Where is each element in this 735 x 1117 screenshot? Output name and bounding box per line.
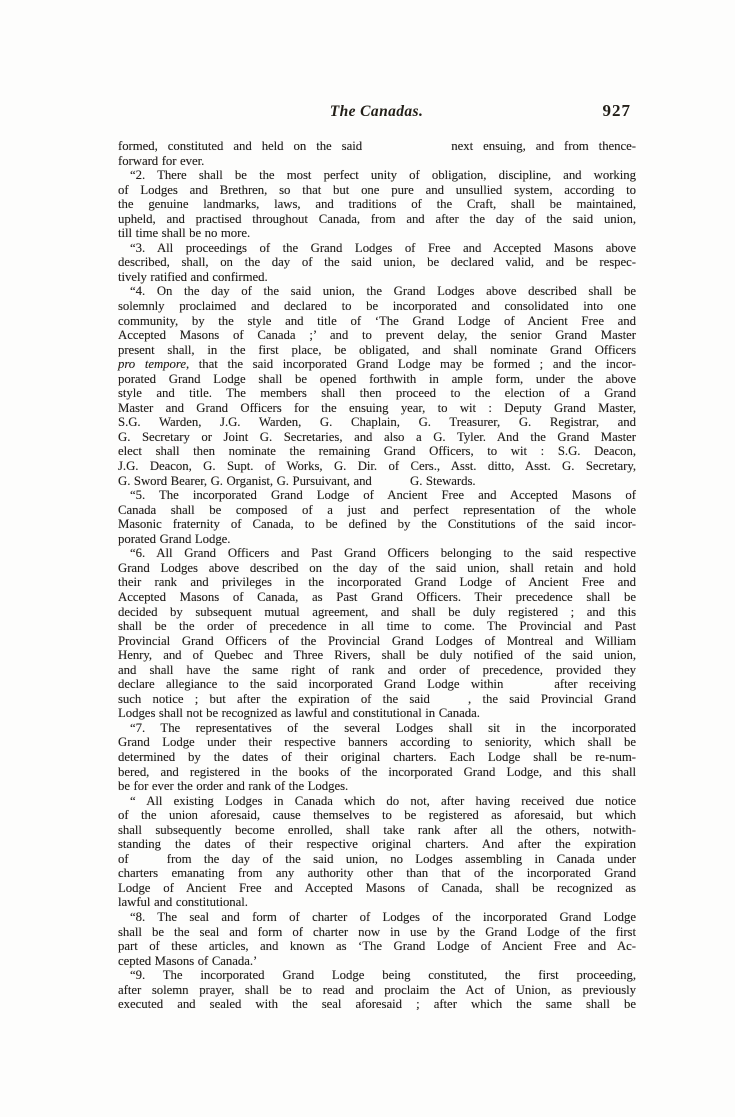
text-line: elect shall then nominate the remaining …: [118, 444, 636, 459]
paragraph-article-6: “6. All Grand Officers and Past Grand Of…: [118, 546, 636, 721]
text-line: of from the day of the said union, no Lo…: [118, 852, 636, 867]
paragraph-article-9: “9. The incorporated Grand Lodge being c…: [118, 968, 636, 1012]
text-line: community, by the style and title of ‘Th…: [118, 314, 636, 329]
text-line: their rank and privileges in the incorpo…: [118, 575, 636, 590]
text-line: Masonic fraternity of Canada, to be defi…: [118, 517, 636, 532]
paragraph-article-3: “3. All proceedings of the Grand Lodges …: [118, 241, 636, 285]
text-line: such notice ; but after the expiration o…: [118, 692, 636, 707]
text-line: Grand Lodge under their respective banne…: [118, 735, 636, 750]
paragraph-article-2: “2. There shall be the most perfect unit…: [118, 168, 636, 241]
text-line: standing the dates of their respective o…: [118, 837, 636, 852]
text-line: “8. The seal and form of charter of Lodg…: [118, 910, 636, 925]
text-line: Master and Grand Officers for the ensuin…: [118, 401, 636, 416]
text-line: lawful and constitutional.: [118, 895, 636, 910]
text-line: “6. All Grand Officers and Past Grand Of…: [118, 546, 636, 561]
text-line: declare allegiance to the said incorpora…: [118, 677, 636, 692]
body-text: formed, constituted and held on the said…: [118, 139, 636, 1012]
text-line: G. Secretary or Joint G. Secretaries, an…: [118, 430, 636, 445]
text-line: Lodges shall not be recognized as lawful…: [118, 706, 636, 721]
text-line: solemnly proclaimed and declared to be i…: [118, 299, 636, 314]
text-line: of the union aforesaid, cause themselves…: [118, 808, 636, 823]
text-line: style and title. The members shall then …: [118, 386, 636, 401]
text-line: G. Sword Bearer, G. Organist, G. Pursuiv…: [118, 474, 636, 489]
text-line: Canada shall be composed of a just and p…: [118, 503, 636, 518]
text-line: determined by the dates of their origina…: [118, 750, 636, 765]
text-line: shall subsequently become enrolled, shal…: [118, 823, 636, 838]
paragraph-article-8: “8. The seal and form of charter of Lodg…: [118, 910, 636, 968]
running-header: The Canadas. 927: [118, 101, 635, 123]
page-number: 927: [603, 101, 632, 121]
text-line: upheld, and practised throughout Canada,…: [118, 212, 636, 227]
paragraph-article-7: “7. The representatives of the several L…: [118, 721, 636, 794]
text-line: shall be the order of precedence in all …: [118, 619, 636, 634]
latin-phrase: pro tempore,: [118, 357, 189, 371]
text-line: “3. All proceedings of the Grand Lodges …: [118, 241, 636, 256]
text-line: formed, constituted and held on the said…: [118, 139, 636, 154]
text-line: and shall have the same right of rank an…: [118, 663, 636, 678]
scanned-book-page: The Canadas. 927 formed, constituted and…: [0, 0, 735, 1117]
text-line: J.G. Deacon, G. Supt. of Works, G. Dir. …: [118, 459, 636, 474]
text-line: part of these articles, and known as ‘Th…: [118, 939, 636, 954]
text-line: after solemn prayer, shall be to read an…: [118, 983, 636, 998]
text-line: the genuine landmarks, laws, and traditi…: [118, 197, 636, 212]
text-line: forward for ever.: [118, 154, 636, 169]
text-line: Grand Lodges above described on the day …: [118, 561, 636, 576]
text-line-rest: that the said incorporated Grand Lodge m…: [189, 357, 636, 371]
paragraph-unregistered-lodges: “ All existing Lodges in Canada which do…: [118, 794, 636, 910]
text-line: porated Grand Lodge.: [118, 532, 636, 547]
text-line: “4. On the day of the said union, the Gr…: [118, 284, 636, 299]
text-line: bered, and registered in the books of th…: [118, 765, 636, 780]
text-line: till time shall be no more.: [118, 226, 636, 241]
text-line: Accepted Masons of Canada, as Past Grand…: [118, 590, 636, 605]
text-line: of Lodges and Brethren, so that but one …: [118, 183, 636, 198]
text-line: cepted Masons of Canada.’: [118, 954, 636, 969]
text-line: described, shall, on the day of the said…: [118, 255, 636, 270]
text-line: S.G. Warden, J.G. Warden, G. Chaplain, G…: [118, 415, 636, 430]
text-line: Provincial Grand Officers of the Provinc…: [118, 634, 636, 649]
text-line: “9. The incorporated Grand Lodge being c…: [118, 968, 636, 983]
text-line: charters emanating from any authority ot…: [118, 866, 636, 881]
text-line: tively ratified and confirmed.: [118, 270, 636, 285]
text-line: decided by subsequent mutual agreement, …: [118, 605, 636, 620]
text-line: be for ever the order and rank of the Lo…: [118, 779, 636, 794]
text-line: Henry, and of Quebec and Three Rivers, s…: [118, 648, 636, 663]
paragraph-article-4: “4. On the day of the said union, the Gr…: [118, 284, 636, 488]
paragraph-continuation: formed, constituted and held on the said…: [118, 139, 636, 168]
text-line: executed and sealed with the seal afores…: [118, 997, 636, 1012]
text-line: “7. The representatives of the several L…: [118, 721, 636, 736]
text-line: shall be the seal and form of charter no…: [118, 925, 636, 940]
text-line: Accepted Masons of Canada ;’ and to prev…: [118, 328, 636, 343]
page-title: The Canadas.: [118, 103, 635, 121]
text-line: “5. The incorporated Grand Lodge of Anci…: [118, 488, 636, 503]
text-line: present shall, in the first place, be ob…: [118, 343, 636, 358]
text-line: “2. There shall be the most perfect unit…: [118, 168, 636, 183]
text-line: “ All existing Lodges in Canada which do…: [118, 794, 636, 809]
text-line: porated Grand Lodge shall be opened fort…: [118, 372, 636, 387]
text-line: pro tempore, that the said incorporated …: [118, 357, 636, 372]
paragraph-article-5: “5. The incorporated Grand Lodge of Anci…: [118, 488, 636, 546]
text-line: Lodge of Ancient Free and Accepted Mason…: [118, 881, 636, 896]
